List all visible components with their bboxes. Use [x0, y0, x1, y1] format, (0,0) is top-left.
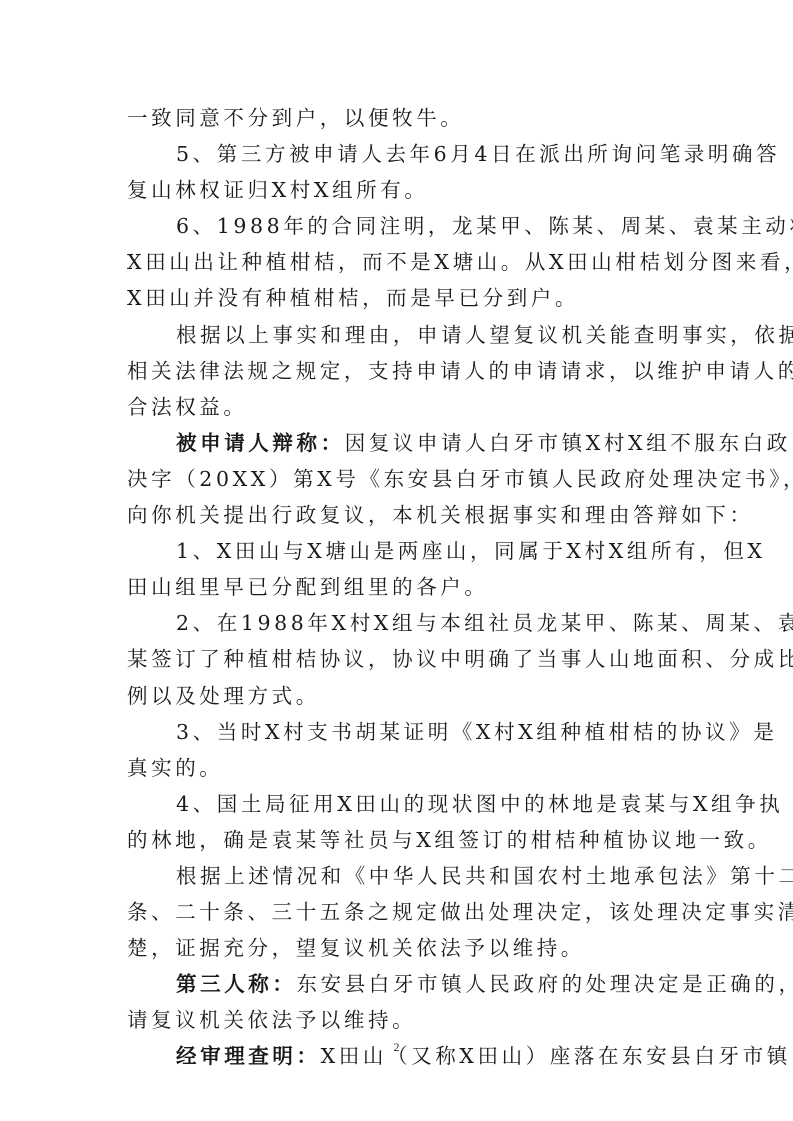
line-text: 复山林权证归X村X组所有。	[127, 178, 429, 202]
line-text: 5、第三方被申请人去年6月4日在派出所询问笔录明确答	[176, 142, 780, 166]
line-text: 根据上述情况和《中华人民共和国农村土地承包法》第十二	[176, 864, 793, 888]
text-line: 被申请人辩称：因复议申请人白牙市镇X村X组不服东白政	[127, 425, 673, 461]
text-line: 合法权益。	[127, 389, 673, 425]
text-line: X田山并没有种植柑桔，而是早已分到户。	[127, 280, 673, 316]
text-line: 请复议机关依法予以维持。	[127, 1002, 673, 1038]
text-line: 6、1988年的合同注明，龙某甲、陈某、周某、袁某主动将	[127, 208, 673, 244]
text-line: 2、在1988年X村X组与本组社员龙某甲、陈某、周某、袁	[127, 605, 673, 641]
line-text: 4、国土局征用X田山的现状图中的林地是袁某与X组争执	[176, 792, 783, 816]
text-line: 5、第三方被申请人去年6月4日在派出所询问笔录明确答	[127, 136, 673, 172]
text-line: X田山出让种植柑桔，而不是X塘山。从X田山柑桔划分图来看，	[127, 244, 673, 280]
text-line: 第三人称：东安县白牙市镇人民政府的处理决定是正确的，	[127, 966, 673, 1002]
line-text: 向你机关提出行政复议，本机关根据事实和理由答辩如下：	[127, 503, 754, 527]
text-line: 决字（20XX）第X号《东安县白牙市镇人民政府处理决定书》，	[127, 461, 673, 497]
section-heading: 被申请人辩称：	[176, 431, 345, 455]
text-line: 真实的。	[127, 750, 673, 786]
line-text: 某签订了种植柑桔协议，协议中明确了当事人山地面积、分成比	[127, 647, 793, 671]
text-line: 楚，证据充分，望复议机关依法予以维持。	[127, 930, 673, 966]
text-line: 某签订了种植柑桔协议，协议中明确了当事人山地面积、分成比	[127, 641, 673, 677]
line-text: 条、二十条、三十五条之规定做出处理决定，该处理决定事实清	[127, 900, 793, 924]
text-line: 例以及处理方式。	[127, 678, 673, 714]
line-text: 东安县白牙市镇人民政府的处理决定是正确的，	[297, 972, 793, 996]
text-line: 根据以上事实和理由，申请人望复议机关能查明事实，依据	[127, 317, 673, 353]
document-body: 一致同意不分到户，以便牧牛。5、第三方被申请人去年6月4日在派出所询问笔录明确答…	[127, 100, 673, 1075]
text-line: 的林地，确是袁某等社员与X组签订的柑桔种植协议地一致。	[127, 822, 673, 858]
line-text: 的林地，确是袁某等社员与X组签订的柑桔种植协议地一致。	[127, 828, 772, 852]
line-text: 合法权益。	[127, 395, 248, 419]
line-text: 6、1988年的合同注明，龙某甲、陈某、周某、袁某主动将	[176, 214, 793, 238]
text-line: 根据上述情况和《中华人民共和国农村土地承包法》第十二	[127, 858, 673, 894]
text-line: 复山林权证归X村X组所有。	[127, 172, 673, 208]
text-line: 一致同意不分到户，以便牧牛。	[127, 100, 673, 136]
text-line: 3、当时X村支书胡某证明《X村X组种植柑桔的协议》是	[127, 714, 673, 750]
line-text: 决字（20XX）第X号《东安县白牙市镇人民政府处理决定书》，	[127, 467, 793, 491]
line-text: 楚，证据充分，望复议机关依法予以维持。	[127, 936, 585, 960]
text-line: 4、国土局征用X田山的现状图中的林地是袁某与X组争执	[127, 786, 673, 822]
line-text: X田山并没有种植柑桔，而是早已分到户。	[127, 286, 579, 310]
line-text: 真实的。	[127, 756, 223, 780]
text-line: 1、X田山与X塘山是两座山，同属于X村X组所有，但X	[127, 533, 673, 569]
line-text: 一致同意不分到户，以便牧牛。	[127, 106, 464, 130]
line-text: 3、当时X村支书胡某证明《X村X组种植柑桔的协议》是	[176, 720, 777, 744]
line-text: 请复议机关依法予以维持。	[127, 1008, 416, 1032]
line-text: 相关法律法规之规定，支持申请人的申请请求，以维护申请人的	[127, 359, 793, 383]
text-line: 向你机关提出行政复议，本机关根据事实和理由答辩如下：	[127, 497, 673, 533]
line-text: 2、在1988年X村X组与本组社员龙某甲、陈某、周某、袁	[176, 611, 793, 635]
line-text: 田山组里早已分配到组里的各户。	[127, 575, 489, 599]
text-line: 相关法律法规之规定，支持申请人的申请请求，以维护申请人的	[127, 353, 673, 389]
line-text: 1、X田山与X塘山是两座山，同属于X村X组所有，但X	[176, 539, 766, 563]
line-text: X田山出让种植柑桔，而不是X塘山。从X田山柑桔划分图来看，	[127, 250, 793, 274]
line-text: 根据以上事实和理由，申请人望复议机关能查明事实，依据	[176, 323, 793, 347]
page-number: 2	[0, 1040, 793, 1055]
text-line: 田山组里早已分配到组里的各户。	[127, 569, 673, 605]
line-text: 因复议申请人白牙市镇X村X组不服东白政	[345, 431, 791, 455]
text-line: 条、二十条、三十五条之规定做出处理决定，该处理决定事实清	[127, 894, 673, 930]
line-text: 例以及处理方式。	[127, 684, 320, 708]
section-heading: 第三人称：	[176, 972, 297, 996]
